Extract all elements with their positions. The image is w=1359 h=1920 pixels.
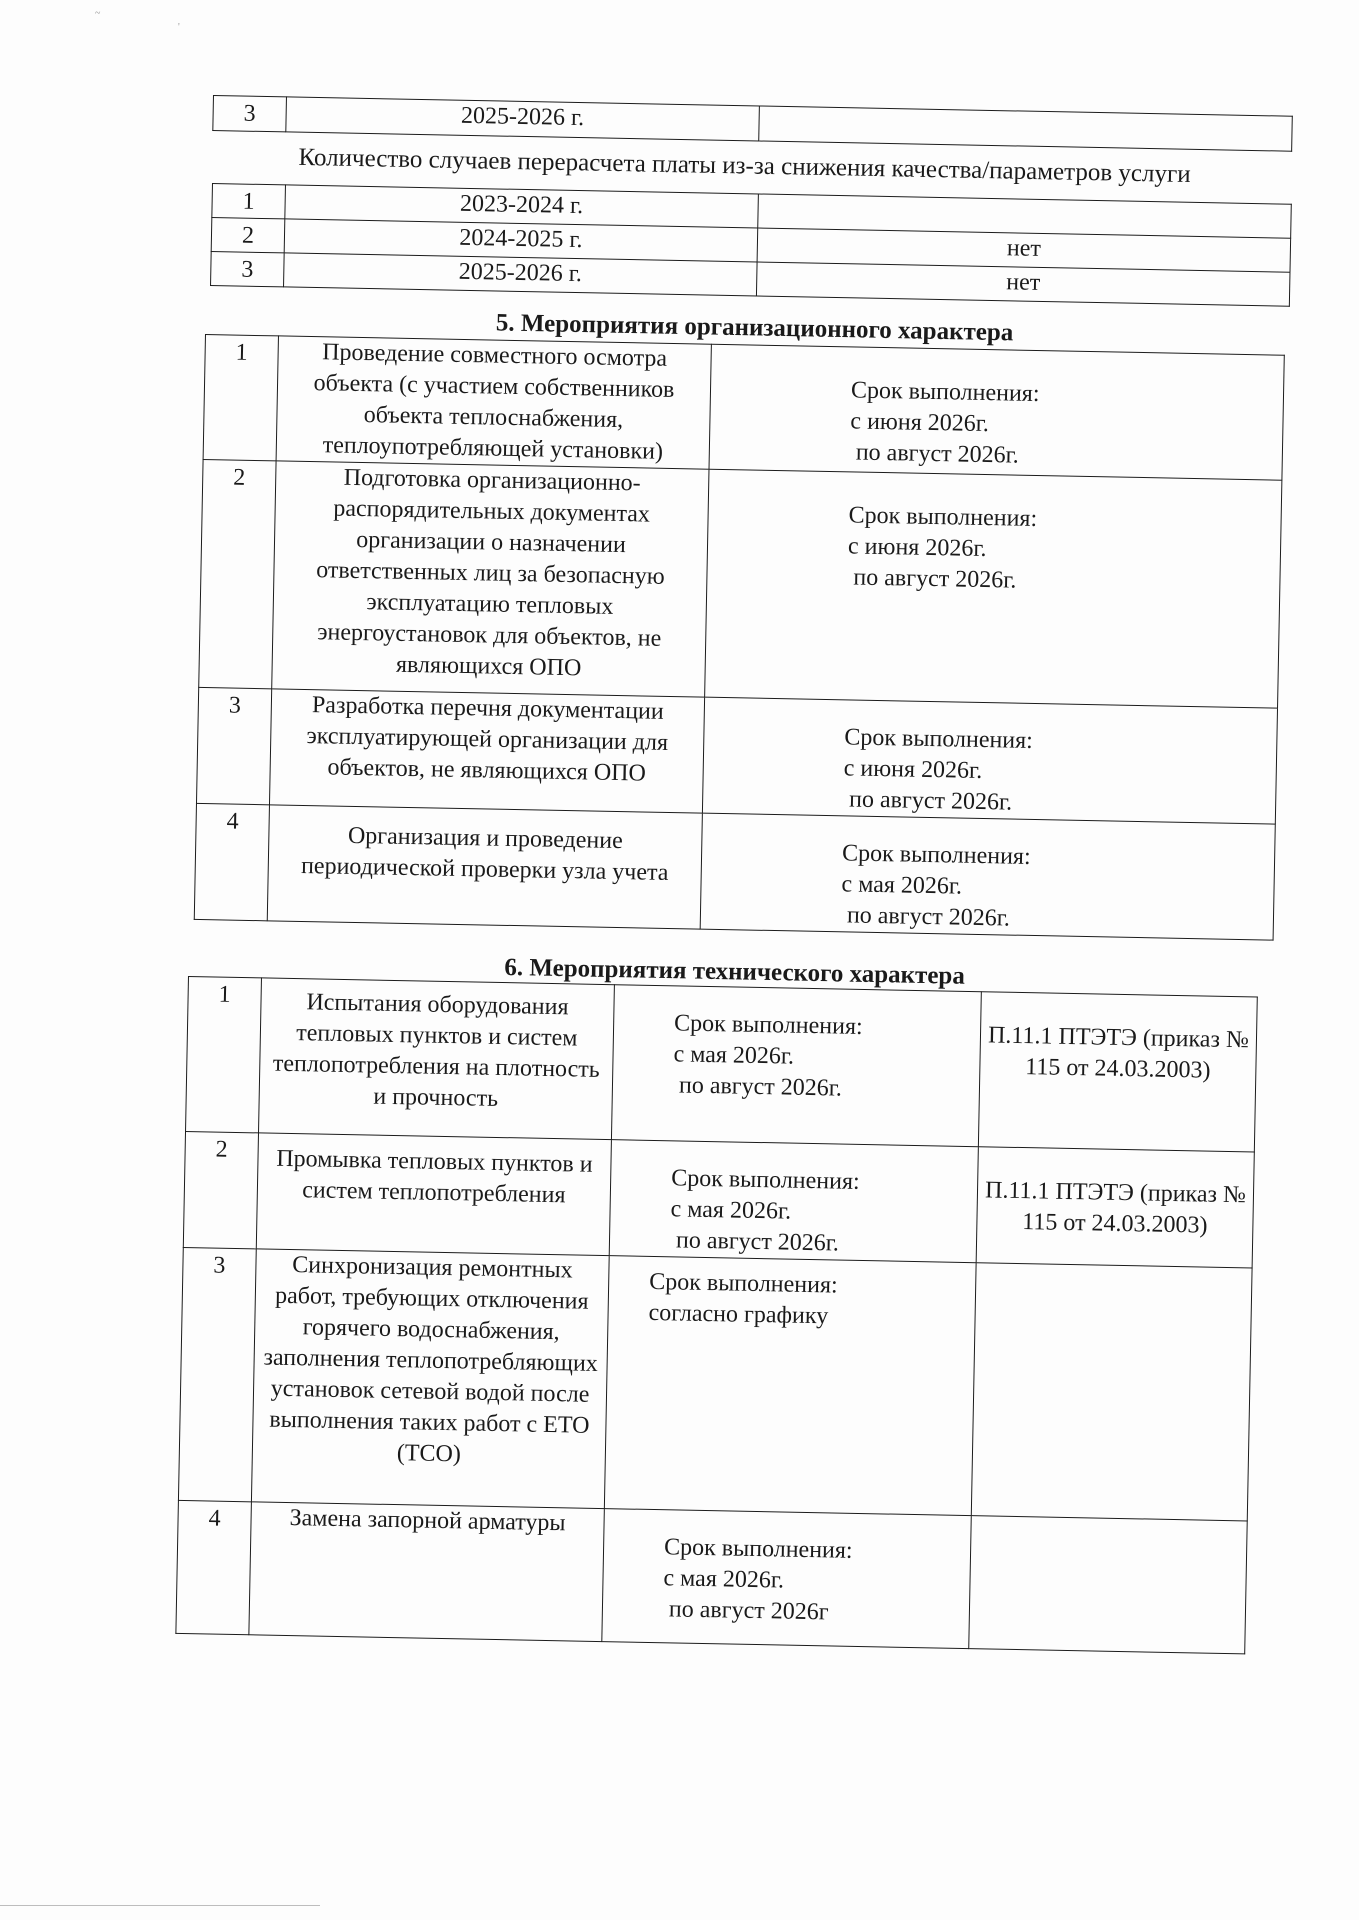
deadline-cell: Срок выполнения: с мая 2026г. по август … <box>609 1140 978 1263</box>
section-6-table: 1 Испытания оборудования тепловых пункто… <box>175 976 1257 1654</box>
deadline-cell: Срок выполнения: согласно графику <box>604 1256 976 1516</box>
deadline-cell: Срок выполнения: с мая 2026г. по август … <box>700 813 1275 940</box>
scan-artifact: ~ <box>95 8 100 19</box>
deadline-cell: Срок выполнения: с мая 2026г. по август … <box>611 985 981 1147</box>
row-number: 2 <box>211 218 285 253</box>
measure-cell: Промывка тепловых пунктов и систем тепло… <box>256 1133 611 1256</box>
table-row: 4 Замена запорной арматуры Срок выполнен… <box>176 1500 1247 1653</box>
row-number: 1 <box>203 335 278 461</box>
measure-cell: Подготовка организационно-распорядительн… <box>272 461 709 697</box>
table-row: 3 Разработка перечня документации эксплу… <box>196 687 1277 824</box>
measure-cell: Испытания оборудования тепловых пунктов … <box>259 978 615 1140</box>
table-row: 4 Организация и проведение периодической… <box>194 803 1275 940</box>
basis-cell: П.11.1 ПТЭТЭ (приказ № 115 от 24.03.2003… <box>976 1147 1254 1268</box>
basis-cell: П.11.1 ПТЭТЭ (приказ № 115 от 24.03.2003… <box>978 992 1257 1152</box>
scan-edge-line <box>0 1905 320 1906</box>
row-number: 3 <box>211 251 285 286</box>
row-number: 3 <box>213 96 287 132</box>
table-row: 2 Подготовка организационно-распорядител… <box>199 459 1282 708</box>
deadline-end: по август 2026г. <box>670 1225 971 1262</box>
deadline-cell: Срок выполнения: с июня 2026г. по август… <box>702 697 1277 824</box>
table-row: 1 Испытания оборудования тепловых пункто… <box>186 977 1258 1152</box>
value-cell <box>759 106 1293 151</box>
table-row: 2 Промывка тепловых пунктов и систем теп… <box>183 1131 1254 1268</box>
row-number: 3 <box>178 1247 256 1501</box>
measure-cell: Организация и проведение периодической п… <box>267 805 702 929</box>
measure-cell: Разработка перечня документации эксплуат… <box>269 689 704 813</box>
deadline-end: по август 2026г. <box>673 1070 974 1107</box>
row-number: 4 <box>176 1500 252 1634</box>
deadline-cell: Срок выполнения: с июня 2026г. по август… <box>705 469 1282 708</box>
scan-artifact: ' <box>178 22 180 33</box>
row-number: 2 <box>199 459 276 688</box>
measure-cell: Замена запорной арматуры <box>249 1502 604 1642</box>
section-5-table: 1 Проведение совместного осмотра объекта… <box>194 334 1285 941</box>
basis-cell <box>971 1263 1252 1521</box>
row-number: 4 <box>194 803 269 920</box>
scanned-page: ~ ' 3 2025-2026 г. Количество случаев пе… <box>0 0 1359 1920</box>
basis-cell <box>969 1516 1248 1654</box>
row-number: 1 <box>212 184 286 219</box>
deadline-cell: Срок выполнения: с мая 2026г. по август … <box>602 1509 971 1649</box>
deadline-end: по август 2026г <box>663 1594 964 1631</box>
deadline-cell: Срок выполнения: с июня 2026г. по август… <box>709 344 1284 480</box>
measure-cell: Проведение совместного осмотра объекта (… <box>276 336 711 469</box>
recalc-table: 1 2023-2024 г. 2 2024-2025 г. нет 3 2025… <box>210 183 1292 307</box>
table-row: 1 Проведение совместного осмотра объекта… <box>203 335 1284 481</box>
table-row: 3 Синхронизация ремонтных работ, требующ… <box>178 1247 1252 1520</box>
period-cell: 2025-2026 г. <box>286 97 760 141</box>
row-number: 3 <box>196 687 271 804</box>
measure-cell: Синхронизация ремонтных работ, требующих… <box>251 1249 609 1509</box>
deadline-start: согласно графику <box>648 1298 969 1335</box>
row-number: 1 <box>186 977 262 1133</box>
row-number: 2 <box>183 1131 258 1248</box>
